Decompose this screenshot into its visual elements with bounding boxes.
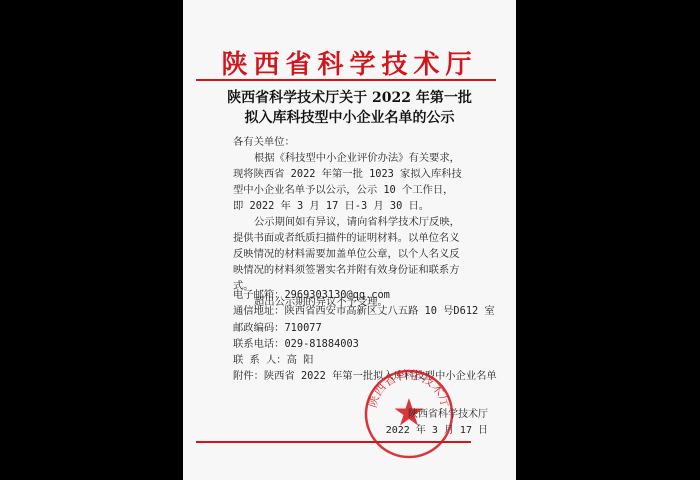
title-line-2: 拟入库科技型中小企业名单的公示 [183, 108, 516, 128]
red-footer-rule [196, 441, 471, 443]
signature-block: 陕西省科学技术厅 2022 年 3 月 17 日 [368, 407, 488, 439]
paragraph-objections: 公示期间如有异议，请向省科学技术厅反映，提供书面或者纸质扫描件的证明材料。以单位… [233, 214, 463, 294]
issue-date: 2022 年 3 月 17 日 [368, 423, 488, 439]
document-page: 陕西省科学技术厅 陕西省科学技术厅关于 2022 年第一批 拟入库科技型中小企业… [183, 0, 516, 480]
contact-postcode: 邮政编码：710077 [233, 320, 463, 336]
issuer-name: 陕西省科学技术厅 [368, 407, 488, 423]
masthead: 陕西省科学技术厅 [183, 44, 516, 81]
contact-email: 电子邮箱：2969303130@qq.com [233, 287, 463, 303]
body-paragraphs: 根据《科技型中小企业评价办法》有关要求，现将陕西省 2022 年第一批 1023… [233, 150, 463, 310]
salutation: 各有关单位： [233, 134, 463, 150]
contact-address: 通信地址：陕西省西安市高新区丈八五路 10 号D612 室 [233, 303, 463, 319]
paragraph-requirements: 根据《科技型中小企业评价办法》有关要求，现将陕西省 2022 年第一批 1023… [233, 150, 463, 214]
title-line-1: 陕西省科学技术厅关于 2022 年第一批 [183, 88, 516, 108]
contact-phone: 联系电话：029-81884003 [233, 336, 463, 352]
document-title: 陕西省科学技术厅关于 2022 年第一批 拟入库科技型中小企业名单的公示 [183, 88, 516, 128]
red-header-rule [196, 79, 496, 81]
contact-person: 联 系 人：高 阳 [233, 352, 463, 368]
